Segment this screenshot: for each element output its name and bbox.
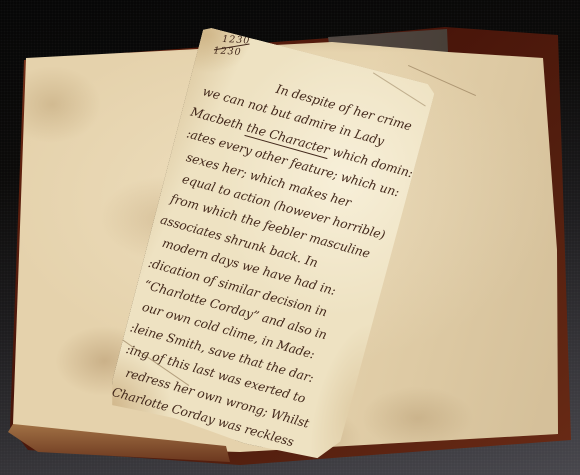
photo-scene: 1230 1230 In despite of her crimewe can … bbox=[0, 0, 580, 475]
note-catalog-number: 1230 1230 bbox=[211, 34, 250, 58]
